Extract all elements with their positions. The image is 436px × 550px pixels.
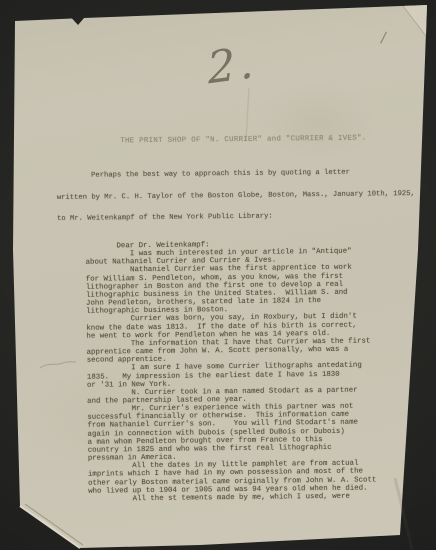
scanner-background: 2. / THE PRINT SHOP OF "N. CURRIER" and … (0, 0, 436, 550)
pencil-corner-mark: / (380, 28, 388, 47)
document-title: THE PRINT SHOP OF "N. CURRIER" and "CURR… (120, 135, 366, 146)
typed-content: 2. / THE PRINT SHOP OF "N. CURRIER" and … (0, 0, 436, 550)
intro-paragraph: Perhaps the best way to approach this is… (56, 162, 415, 231)
letter-body: Dear Dr. Weitenkampf: I was much interes… (85, 239, 376, 503)
handwritten-page-number: 2. (206, 37, 259, 95)
